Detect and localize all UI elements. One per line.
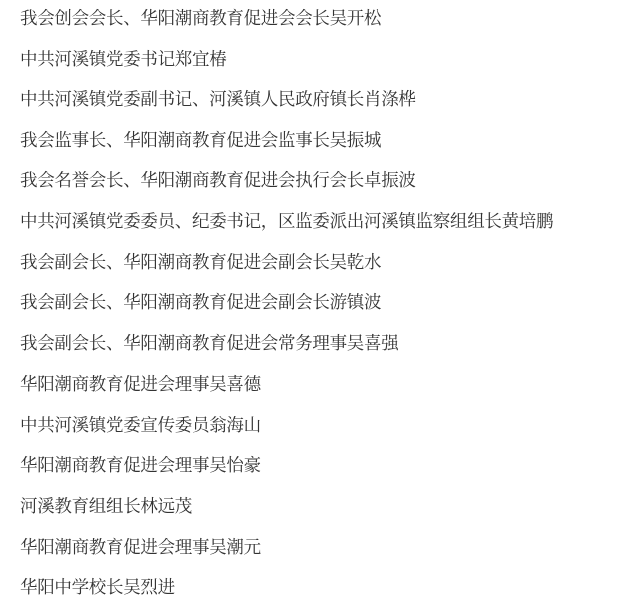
list-item: 华阳潮商教育促进会理事吴潮元 xyxy=(20,535,261,561)
list-item: 中共河溪镇党委宣传委员翁海山 xyxy=(20,413,261,439)
list-item: 我会名誉会长、华阳潮商教育促进会执行会长卓振波 xyxy=(20,168,416,194)
attendee-list-document: 我会创会会长、华阳潮商教育促进会会长吴开松 中共河溪镇党委书记郑宜椿 中共河溪镇… xyxy=(0,0,639,613)
list-item: 我会监事长、华阳潮商教育促进会监事长吴振城 xyxy=(20,128,381,154)
list-item: 华阳潮商教育促进会理事吴怡豪 xyxy=(20,453,261,479)
list-item: 中共河溪镇党委委员、纪委书记，区监委派出河溪镇监察组组长黄培鹏 xyxy=(20,209,553,235)
list-item: 我会副会长、华阳潮商教育促进会副会长游镇波 xyxy=(20,290,381,316)
list-item: 我会副会长、华阳潮商教育促进会副会长吴乾水 xyxy=(20,250,381,276)
list-item: 中共河溪镇党委副书记、河溪镇人民政府镇长肖涤桦 xyxy=(20,87,416,113)
list-item: 华阳潮商教育促进会理事吴喜德 xyxy=(20,372,261,398)
list-item: 我会副会长、华阳潮商教育促进会常务理事吴喜强 xyxy=(20,331,398,357)
list-item: 河溪教育组组长林远茂 xyxy=(20,494,192,520)
list-item: 中共河溪镇党委书记郑宜椿 xyxy=(20,47,226,73)
list-item: 我会创会会长、华阳潮商教育促进会会长吴开松 xyxy=(20,6,381,32)
list-item: 华阳中学校长吴烈进 xyxy=(20,575,175,601)
